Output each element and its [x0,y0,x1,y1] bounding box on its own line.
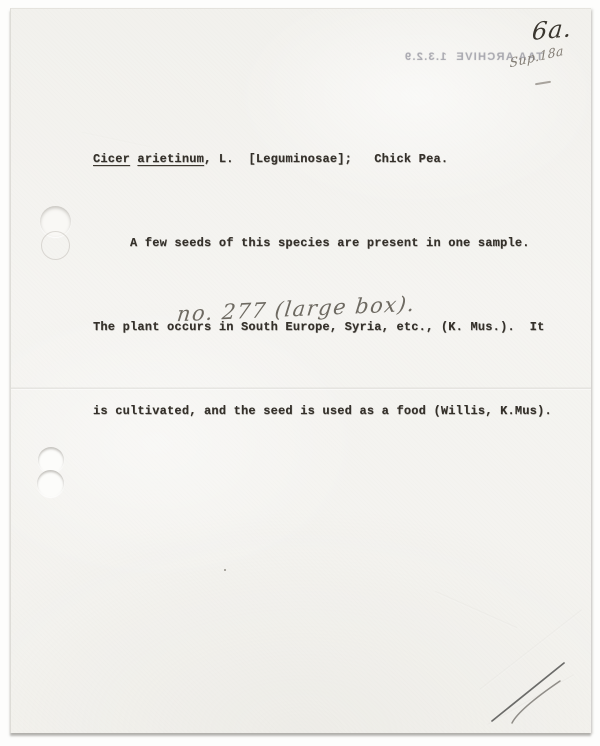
body-line: A few seeds of this species are present … [93,229,552,257]
paper-wrinkle [487,674,575,726]
pencil-dash-mark [535,81,551,85]
page-number-annotation: 6a. [531,14,574,46]
scanner-background: 6a. TAA ARCHIVE 1.3.2.9 Sup.18a Cicer ar… [0,0,600,746]
document-page: 6a. TAA ARCHIVE 1.3.2.9 Sup.18a Cicer ar… [10,8,591,733]
typed-text-block: Cicer arietinum, L. [Leguminosae]; Chick… [93,89,552,481]
body-line: is cultivated, and the seed is used as a… [93,397,552,425]
paper-wrinkle [434,591,517,629]
hole-punch-mark [41,231,70,260]
paper-speck [224,569,226,571]
species-heading: Cicer arietinum, L. [Leguminosae]; Chick… [93,145,552,173]
species-name: arietinum [137,152,204,166]
pencil-catalog-annotation: Sup.18a [510,43,564,71]
heading-rest: , L. [Leguminosae]; Chick Pea. [204,152,448,166]
hole-punch-mark [37,470,64,497]
genus-name: Cicer [93,152,130,166]
